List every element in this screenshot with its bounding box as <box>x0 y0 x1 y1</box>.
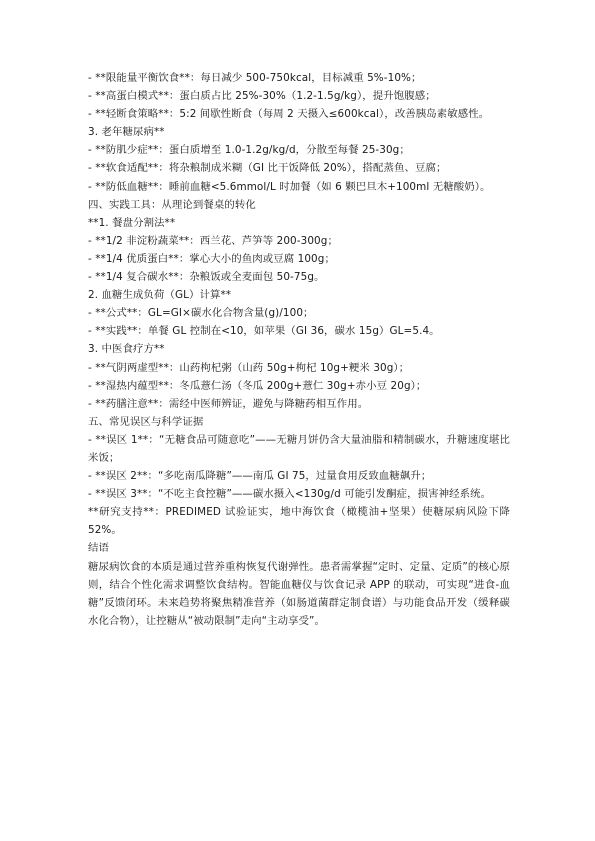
conclusion-paragraph: 糖尿病饮食的本质是通过营养重构恢复代谢弹性。患者需掌握“定时、定量、定质”的核心… <box>88 558 510 630</box>
bullet-intermittent-fasting: - **轻断食策略**：5:2 间歇性断食（每周 2 天摄入≤600kcal），… <box>88 105 510 123</box>
bullet-carbs: - **1/4 复合碳水**：杂粮饭或全麦面包 50-75g。 <box>88 268 510 286</box>
heading-tcm-diet: 3. 中医食疗方** <box>88 340 510 358</box>
bullet-myth-3: - **误区 3**：“不吃主食控糖”——碳水摄入<130g/d 可能引发酮症，… <box>88 485 510 503</box>
heading-glycemic-load: 2. 血糖生成负荷（GL）计算** <box>88 286 510 304</box>
bullet-gl-practice: - **实践**：单餐 GL 控制在<10，如苹果（GI 36，碳水 15g）G… <box>88 322 510 340</box>
section-heading-myths: 五、常见误区与科学证据 <box>88 413 510 431</box>
bullet-gl-formula: - **公式**：GL=GI×碳水化合物含量(g)/100； <box>88 304 510 322</box>
heading-plate-method: **1. 餐盘分割法** <box>88 214 510 232</box>
bullet-myth-1: - **误区 1**：“无糖食品可随意吃”——无糖月饼仍含大量油脂和精制碳水，升… <box>88 431 510 467</box>
bullet-sarcopenia: - **防肌少症**：蛋白质增至 1.0-1.2g/kg/d，分散至每餐 25-… <box>88 141 510 159</box>
bullet-soft-food: - **软食适配**：将杂粮制成米糊（GI 比干饭降低 20%），搭配蒸鱼、豆腐… <box>88 159 510 177</box>
research-support: **研究支持**：PREDIMED 试验证实，地中海饮食（橄榄油+坚果）使糖尿病… <box>88 503 510 539</box>
section-heading-practice-tools: 四、实践工具：从理论到餐桌的转化 <box>88 196 510 214</box>
document-body: - **限能量平衡饮食**：每日减少 500-750kcal，目标减重 5%-1… <box>88 69 510 630</box>
bullet-hypoglycemia: - **防低血糖**：睡前血糖<5.6mmol/L 时加餐（如 6 颗巴旦木+1… <box>88 178 510 196</box>
bullet-calorie-restriction: - **限能量平衡饮食**：每日减少 500-750kcal，目标减重 5%-1… <box>88 69 510 87</box>
bullet-high-protein: - **高蛋白模式**：蛋白质占比 25%-30%（1.2-1.5g/kg），提… <box>88 87 510 105</box>
bullet-protein: - **1/4 优质蛋白**：掌心大小的鱼肉或豆腐 100g； <box>88 250 510 268</box>
bullet-damp-heat: - **湿热内蕴型**：冬瓜薏仁汤（冬瓜 200g+薏仁 30g+赤小豆 20g… <box>88 377 510 395</box>
heading-elderly-diabetes: 3. 老年糖尿病** <box>88 123 510 141</box>
bullet-myth-2: - **误区 2**：“多吃南瓜降糖”——南瓜 GI 75，过量食用反致血糖飙升… <box>88 467 510 485</box>
bullet-qi-yin: - **气阴两虚型**：山药枸杞粥（山药 50g+枸杞 10g+粳米 30g）； <box>88 359 510 377</box>
bullet-herbal-caution: - **药膳注意**：需经中医师辨证，避免与降糖药相互作用。 <box>88 395 510 413</box>
heading-conclusion: 结语 <box>88 539 510 557</box>
bullet-vegetables: - **1/2 非淀粉蔬菜**：西兰花、芦笋等 200-300g； <box>88 232 510 250</box>
